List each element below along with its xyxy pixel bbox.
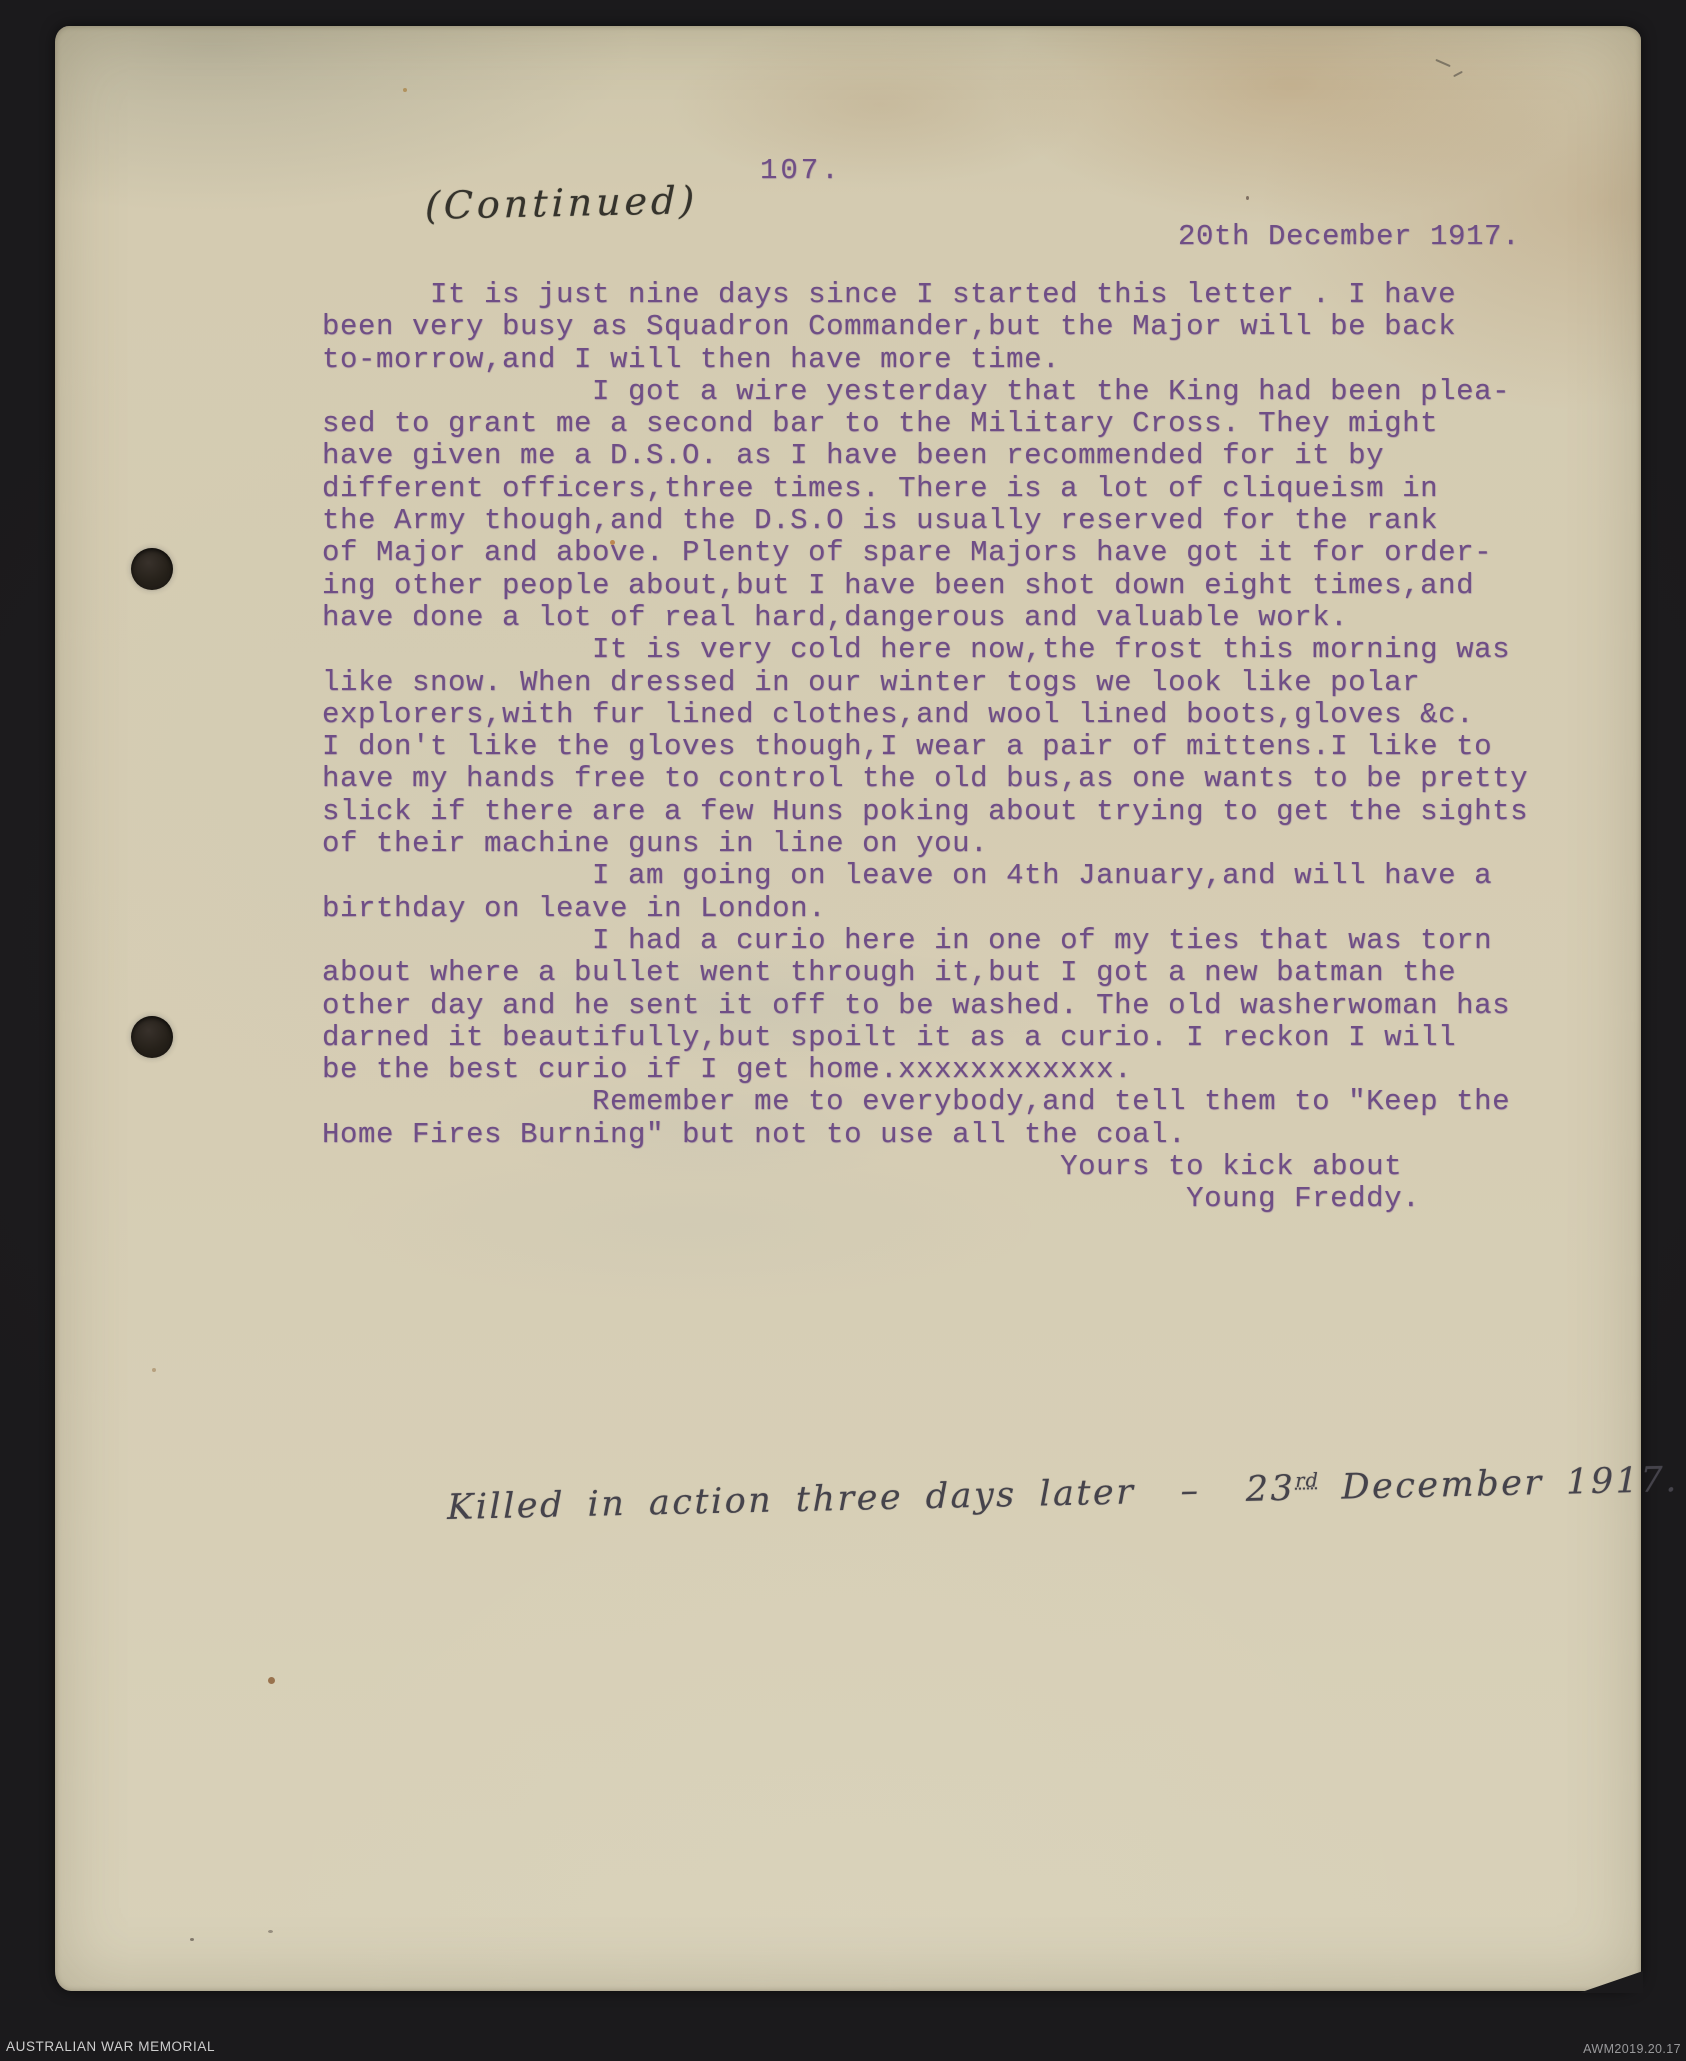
letter-line: been very busy as Squadron Commander,but…: [322, 311, 1528, 343]
letter-line: I am going on leave on 4th January,and w…: [322, 860, 1528, 892]
killed-in-action-annotation: Killed in action three days later – 23rd…: [447, 1460, 1679, 1528]
punch-hole-top: [131, 548, 173, 590]
foxing-speck: [190, 1938, 194, 1941]
letter-line: darned it beautifully,but spoilt it as a…: [322, 1022, 1528, 1054]
foxing-speck: [610, 540, 615, 545]
letter-line: have my hands free to control the old bu…: [322, 763, 1528, 795]
letter-line: Yours to kick about: [322, 1151, 1528, 1183]
letter-line: of Major and above. Plenty of spare Majo…: [322, 537, 1528, 569]
continued-note: (Continued): [425, 178, 699, 228]
letter-line: birthday on leave in London.: [322, 893, 1528, 925]
foxing-speck: [403, 88, 407, 92]
letter-page: 107. (Continued) 20th December 1917. It …: [55, 26, 1641, 1991]
foxing-speck: [268, 1677, 275, 1684]
letter-line: to-morrow,and I will then have more time…: [322, 344, 1528, 376]
letter-line: slick if there are a few Huns poking abo…: [322, 796, 1528, 828]
foxing-speck: [268, 1930, 273, 1933]
letter-line: have done a lot of real hard,dangerous a…: [322, 602, 1528, 634]
letter-line: I got a wire yesterday that the King had…: [322, 376, 1528, 408]
letter-line: Remember me to everybody,and tell them t…: [322, 1086, 1528, 1118]
letter-line: have given me a D.S.O. as I have been re…: [322, 440, 1528, 472]
letter-date: 20th December 1917.: [1178, 220, 1520, 253]
letter-line: different officers,three times. There is…: [322, 473, 1528, 505]
foxing-speck: [152, 1368, 156, 1372]
letter-line: ing other people about,but I have been s…: [322, 570, 1528, 602]
letter-line: other day and he sent it off to be washe…: [322, 990, 1528, 1022]
letter-line: of their machine guns in line on you.: [322, 828, 1528, 860]
letter-body: It is just nine days since I started thi…: [322, 279, 1528, 1216]
letter-line: I had a curio here in one of my ties tha…: [322, 925, 1528, 957]
foxing-speck: [1246, 196, 1249, 200]
letter-line: It is just nine days since I started thi…: [322, 279, 1528, 311]
letter-line: be the best curio if I get home.xxxxxxxx…: [322, 1054, 1528, 1086]
letter-line: I don't like the gloves though,I wear a …: [322, 731, 1528, 763]
pencil-mark: [1453, 71, 1463, 77]
letter-line: Young Freddy.: [322, 1183, 1528, 1215]
letter-line: the Army though,and the D.S.O is usually…: [322, 505, 1528, 537]
annotation-ordinal-suffix: rd: [1295, 1469, 1319, 1493]
page-number: 107.: [760, 154, 842, 187]
annotation-text-end: December 1917.: [1319, 1460, 1679, 1508]
letter-line: explorers,with fur lined clothes,and woo…: [322, 699, 1528, 731]
letter-line: like snow. When dressed in our winter to…: [322, 667, 1528, 699]
scan-background: 107. (Continued) 20th December 1917. It …: [0, 0, 1686, 2061]
pencil-mark: [1435, 59, 1450, 67]
punch-hole-bottom: [131, 1016, 173, 1058]
letter-line: It is very cold here now,the frost this …: [322, 634, 1528, 666]
letter-line: Home Fires Burning" but not to use all t…: [322, 1119, 1528, 1151]
letter-line: sed to grant me a second bar to the Mili…: [322, 408, 1528, 440]
archive-watermark-left: AUSTRALIAN WAR MEMORIAL: [6, 2039, 215, 2054]
letter-line: about where a bullet went through it,but…: [322, 957, 1528, 989]
paper-corner-fold: [1579, 1971, 1643, 1993]
archive-reference-number: AWM2019.20.17: [1583, 2042, 1681, 2056]
annotation-text: Killed in action three days later – 23: [447, 1469, 1295, 1528]
